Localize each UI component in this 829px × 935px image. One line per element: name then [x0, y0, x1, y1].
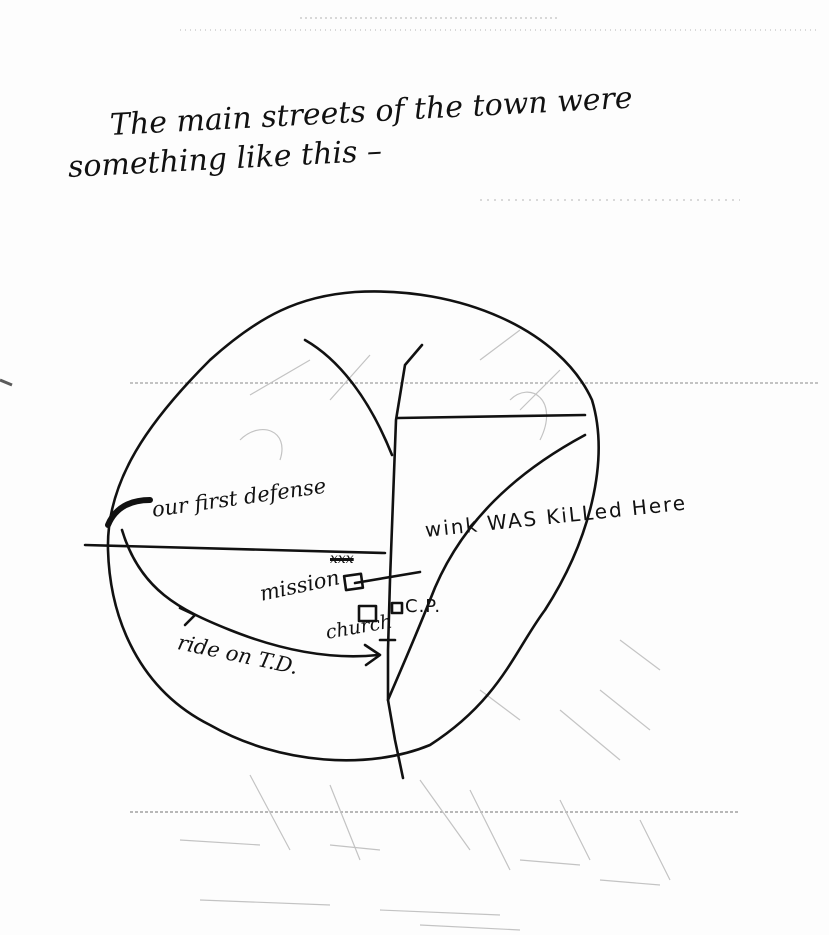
cp-building: [392, 603, 402, 613]
street-ne: [398, 415, 585, 418]
label-struck-word: xxx: [330, 551, 354, 567]
town-street-map: [0, 0, 829, 935]
street-se: [388, 435, 585, 700]
handwritten-page: The main streets of the town were someth…: [0, 0, 829, 935]
main-street-ns: [388, 345, 422, 778]
wink-pointer: [355, 572, 420, 583]
street-nw: [305, 340, 392, 455]
label-command-post: C.P.: [405, 596, 441, 617]
